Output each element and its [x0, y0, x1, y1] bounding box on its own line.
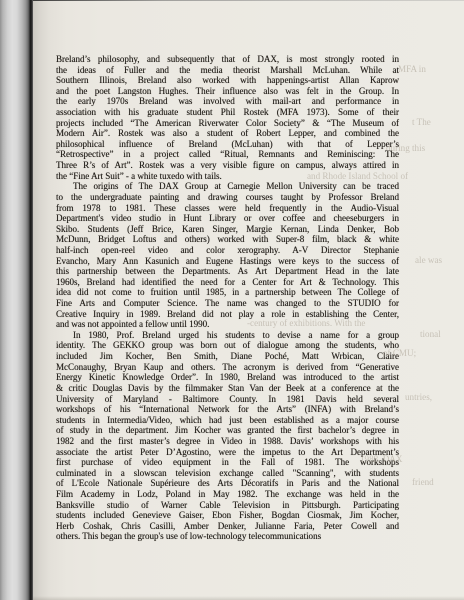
text-line: In 1980, Prof. Breland urged his student… [56, 330, 399, 341]
text-line: Breland’s philosophy, and subsequently t… [56, 54, 399, 65]
text-line: workshops of his “International Network … [56, 404, 399, 415]
text-line: University of Maryland - Baltimore Count… [56, 394, 399, 405]
text-line: of L'Ecole Nationale Supérieure des Arts… [56, 478, 399, 489]
text-line: Banksville studio of Warner Cable Televi… [56, 500, 399, 511]
text-line: McDunn, Bridget Loftus and others) worke… [56, 234, 399, 245]
text-line: Energy Kinetic Knowledge Order”. In 1980… [56, 372, 399, 383]
text-line: projects included “The American Riverwat… [56, 118, 399, 129]
scanned-book-page: { "document": { "colors": { "page_backgr… [0, 0, 464, 600]
text-line: of study in the department. Jim Kocher w… [56, 425, 399, 436]
text-line: McConaughy, Bryan Kaup and others. The a… [56, 362, 399, 373]
text-line: and was not appointed a fellow until 199… [56, 319, 399, 330]
text-line: Department's video studio in Hunt Librar… [56, 213, 399, 224]
text-line: this partnership between the Departments… [56, 266, 399, 277]
text-line: included Jim Kocher, Ben Smith, Diane Po… [56, 351, 399, 362]
page-surface: Breland’s philosophy, and subsequently t… [33, 0, 464, 600]
text-line: the ideas of Fuller and the media theori… [56, 65, 399, 76]
page-top-edge [33, 0, 464, 1]
text-line: first purchase of video equipment in the… [56, 457, 399, 468]
text-line: Modern Air”. Rostek was also a student o… [56, 128, 399, 139]
text-line: Southern Illinois, Breland also worked w… [56, 75, 399, 86]
text-line: the “Fine Art Suit” - a white tuxedo wit… [56, 171, 399, 182]
text-line: Herb Coshak, Chris Casilli, Amber Denker… [56, 521, 399, 532]
page-bottom-edge [33, 596, 464, 600]
text-line: philosophical influence of Breland (McLu… [56, 139, 399, 150]
text-line: 1982 and the first master’s degree in Vi… [56, 436, 399, 447]
text-line: the early 1970s Breland was involved wit… [56, 96, 399, 107]
text-line: “Retrospective” in a project called “Rit… [56, 149, 399, 160]
text-line: 1960s, Breland had identified the need f… [56, 277, 399, 288]
text-line: from 1978 to 1981. These classes were he… [56, 203, 399, 214]
text-line: idea did not come to fruition until 1985… [56, 287, 399, 298]
text-line: Skibo. Students (Jeff Brice, Karen Singe… [56, 224, 399, 235]
text-line: to the undergraduate painting and drawin… [56, 192, 399, 203]
text-line: others. This began the group's use of lo… [56, 531, 399, 542]
text-line: identity. The GEKKO group was born out o… [56, 340, 399, 351]
text-line: and the poet Langston Hughes. Their infl… [56, 86, 399, 97]
text-line: associate the artist Peter D’Agostino, w… [56, 447, 399, 458]
text-line: Evancho, Mary Ann Kasunich and Eugene Ha… [56, 256, 399, 267]
book-binding-edge [0, 0, 29, 600]
text-line: & critic Douglas Davis by the filmmaker … [56, 383, 399, 394]
page-text-block: Breland’s philosophy, and subsequently t… [56, 54, 399, 542]
text-line: Fine Arts and Computer Science. The name… [56, 298, 399, 309]
text-line: Three R’s of Art”. Rostek was a very vis… [56, 160, 399, 171]
text-line: culminated in a slowscan television exch… [56, 468, 399, 479]
text-line: students included Genevieve Gaiser, Ebon… [56, 510, 399, 521]
text-line: half-inch open-reel video and color xero… [56, 245, 399, 256]
text-line: The origins of The DAX Group at Carnegie… [56, 181, 399, 192]
text-line: students in Intermedia/Video, which had … [56, 415, 399, 426]
text-line: Creative Inquiry in 1989. Breland did no… [56, 309, 399, 320]
text-line: Film Academy in Lodz, Poland in May 1982… [56, 489, 399, 500]
text-line: association with his graduate student Ph… [56, 107, 399, 118]
